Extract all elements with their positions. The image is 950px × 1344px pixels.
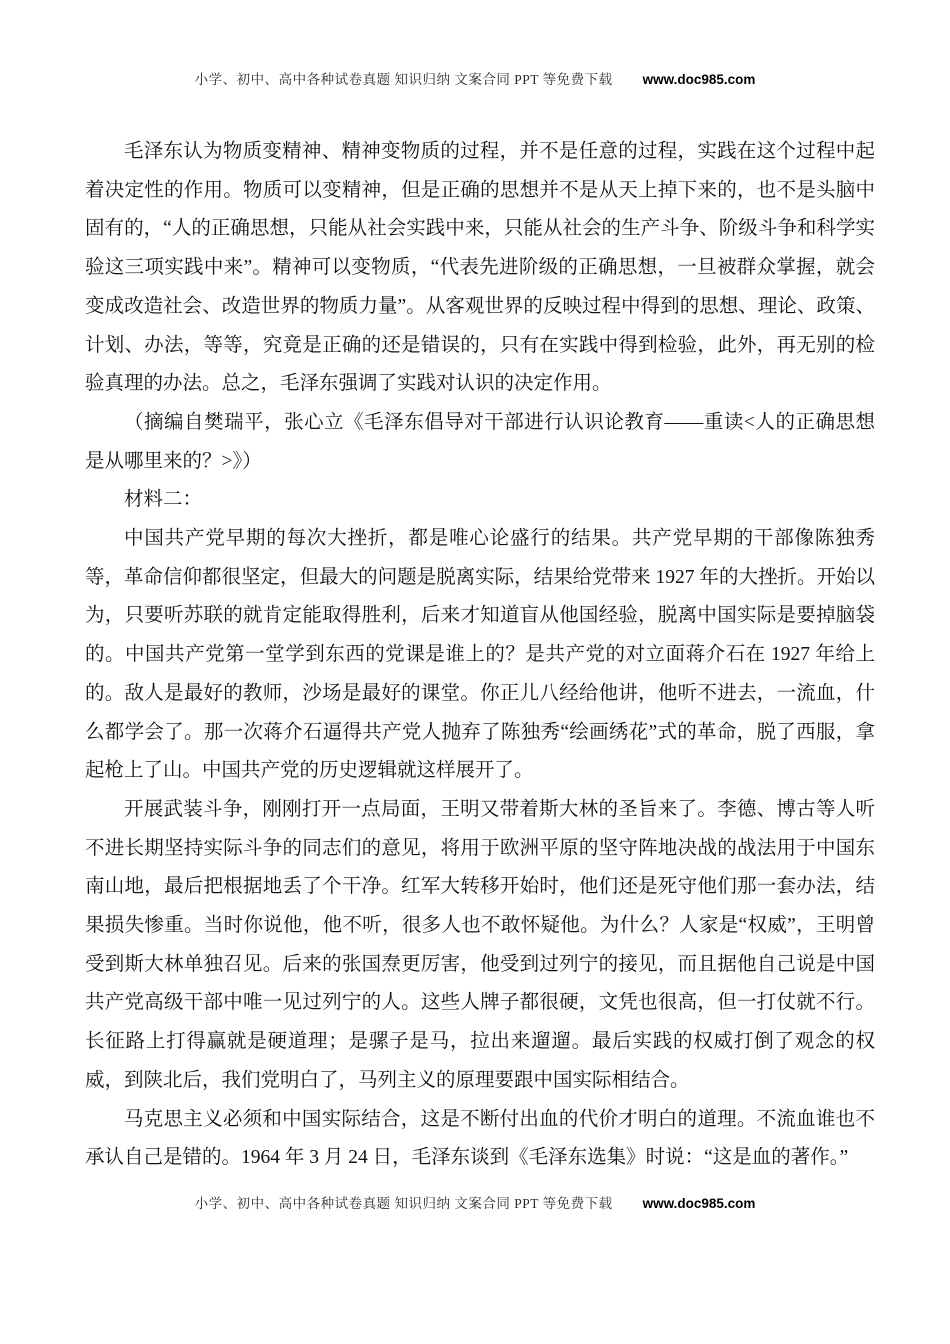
paragraph-material2-body-2: 开展武装斗争，刚刚打开一点局面，王明又带着斯大林的圣旨来了。李德、博古等人听不进… bbox=[85, 791, 875, 1101]
footer-site-url-link[interactable]: www.doc985.com bbox=[643, 1196, 756, 1211]
paragraph-material2-body-3: 马克思主义必须和中国实际结合，这是不断付出血的代价才明白的道理。不流血谁也不承认… bbox=[85, 1101, 875, 1178]
footer-site-note: 小学、初中、高中各种试卷真题 知识归纳 文案合同 PPT 等免费下载 bbox=[195, 1196, 613, 1211]
paragraph-material1-source: （摘编自樊瑞平，张心立《毛泽东倡导对干部进行认识论教育——重读<人的正确思想是从… bbox=[85, 404, 875, 481]
document-body: 毛泽东认为物质变精神、精神变物质的过程，并不是任意的过程，实践在这个过程中起着决… bbox=[85, 133, 875, 1178]
paragraph-material2-heading: 材料二： bbox=[85, 481, 875, 520]
header-site-note: 小学、初中、高中各种试卷真题 知识归纳 文案合同 PPT 等免费下载 bbox=[195, 72, 613, 87]
paragraph-material1-body: 毛泽东认为物质变精神、精神变物质的过程，并不是任意的过程，实践在这个过程中起着决… bbox=[85, 133, 875, 404]
page-header: 小学、初中、高中各种试卷真题 知识归纳 文案合同 PPT 等免费下载www.do… bbox=[0, 68, 950, 88]
paragraph-material2-body-1: 中国共产党早期的每次大挫折，都是唯心论盛行的结果。共产党早期的干部像陈独秀等，革… bbox=[85, 520, 875, 791]
document-page: 小学、初中、高中各种试卷真题 知识归纳 文案合同 PPT 等免费下载www.do… bbox=[0, 0, 950, 1344]
page-footer: 小学、初中、高中各种试卷真题 知识归纳 文案合同 PPT 等免费下载www.do… bbox=[0, 1192, 950, 1212]
header-site-url-link[interactable]: www.doc985.com bbox=[643, 72, 756, 87]
